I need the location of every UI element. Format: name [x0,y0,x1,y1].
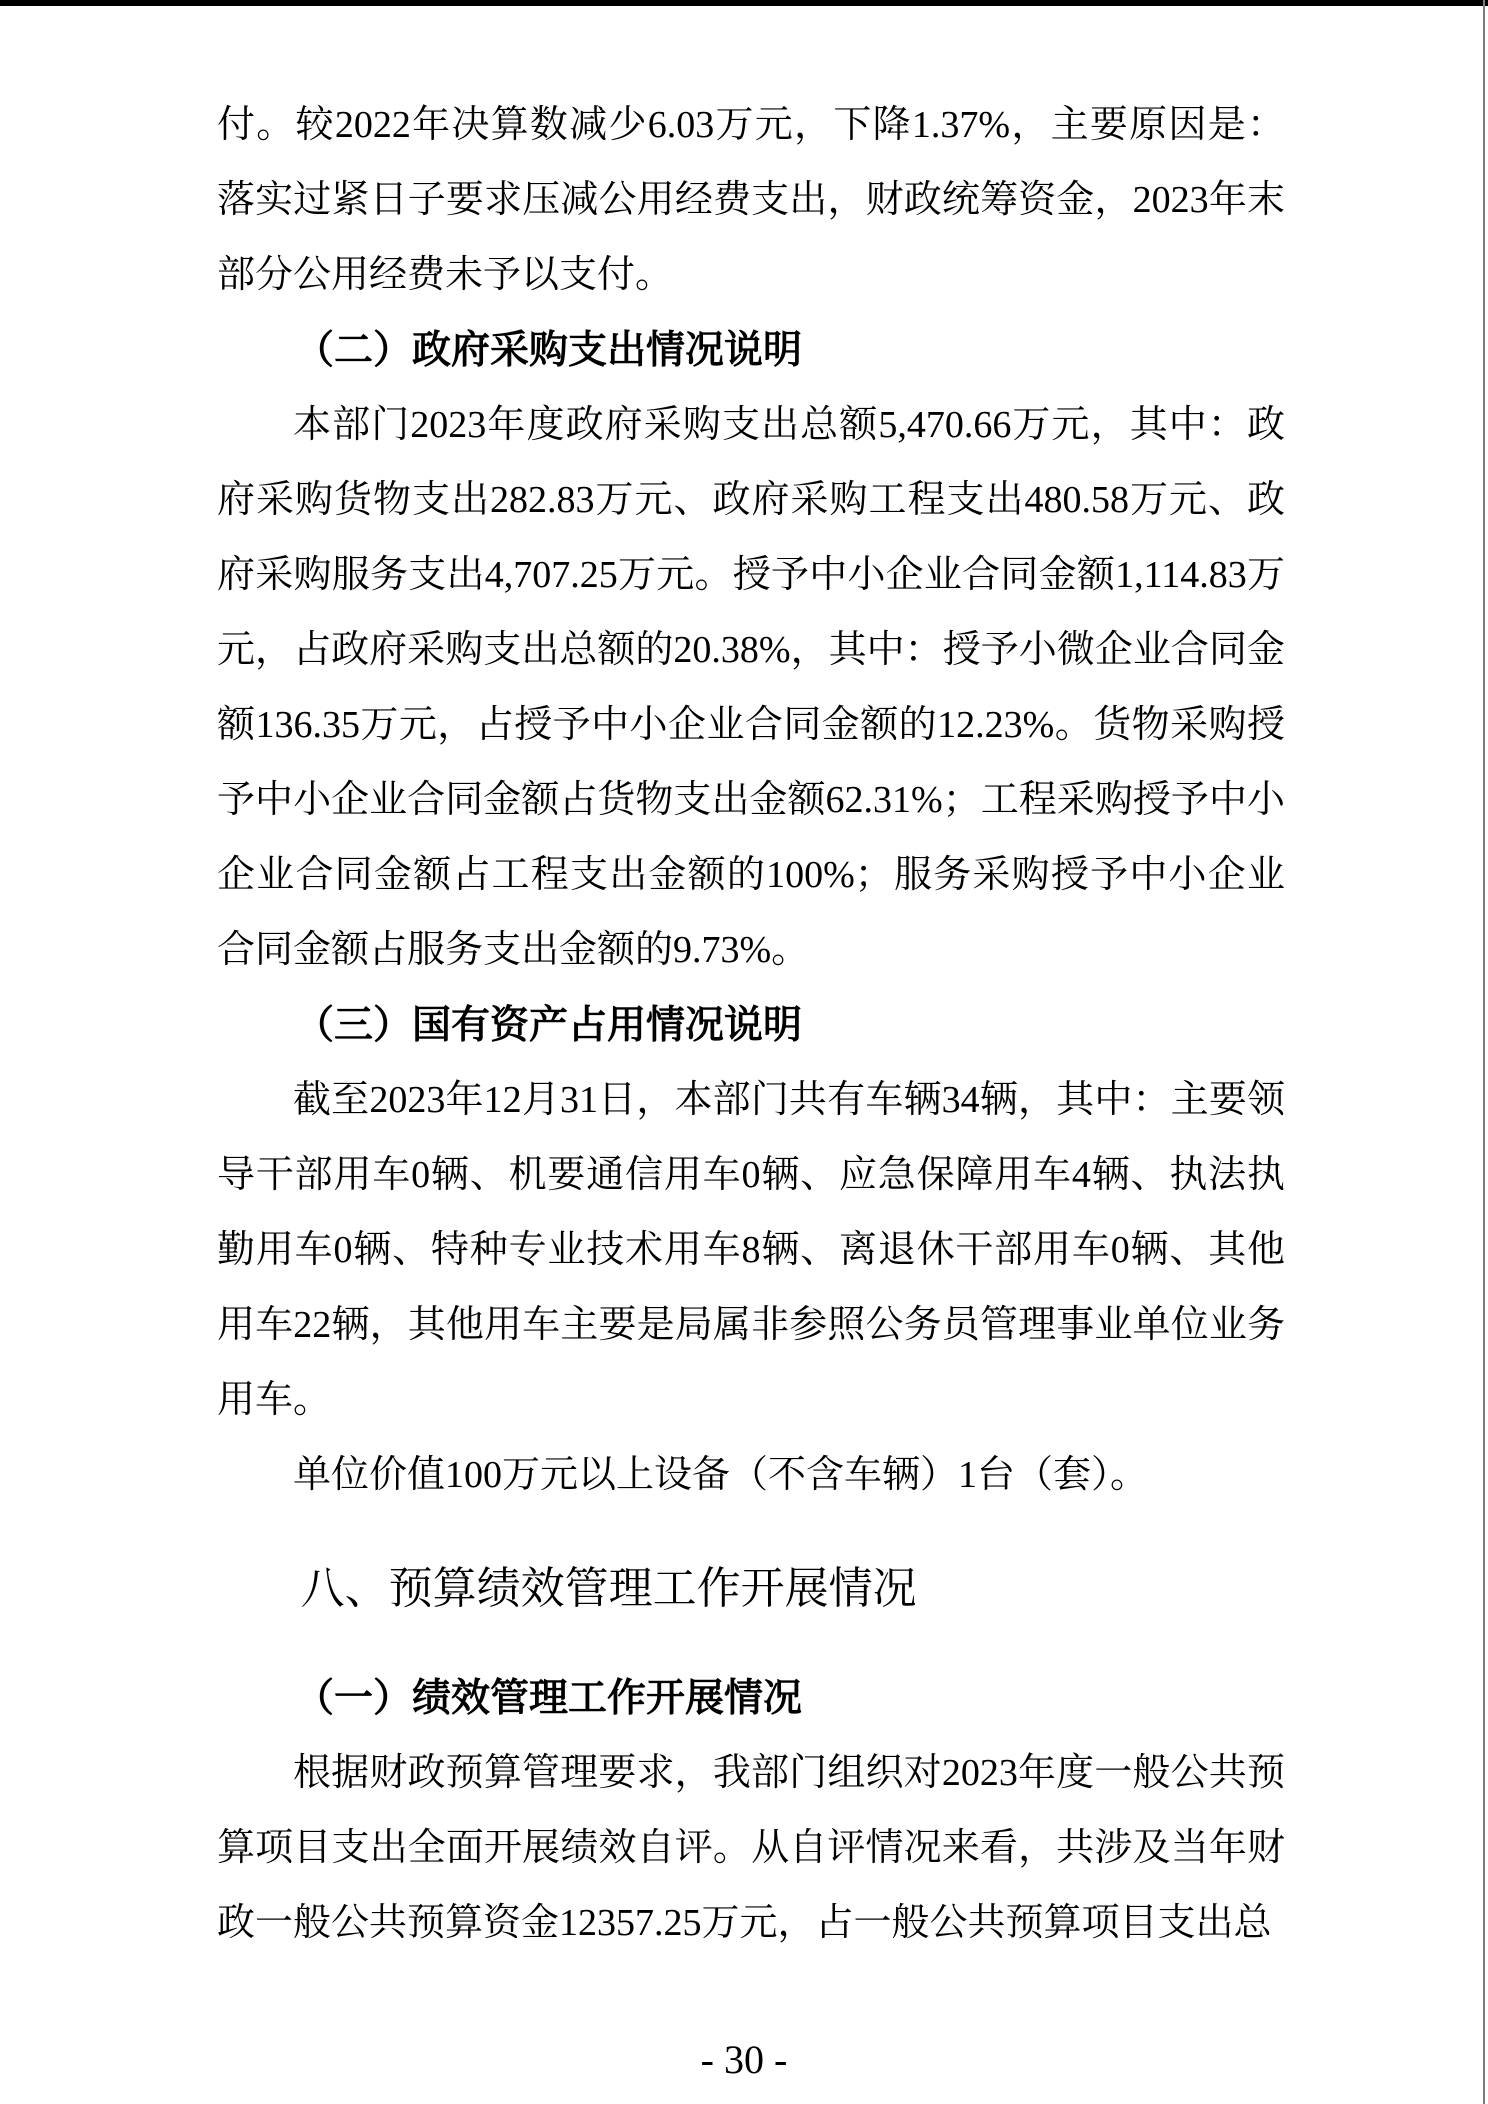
scan-top-edge-bar [0,0,1488,6]
section-heading-3: （三）国有资产占用情况说明 [217,988,1285,1063]
page-footer: - 30 - [0,2040,1488,2080]
paragraph-continuation: 付。较2022年决算数减少6.03万元，下降1.37%，主要原因是：落实过紧日子… [217,88,1285,313]
paragraph-vehicles: 截至2023年12月31日，本部门共有车辆34辆，其中：主要领导干部用车0辆、机… [217,1063,1285,1438]
paragraph-equipment: 单位价值100万元以上设备（不含车辆）1台（套）。 [217,1438,1285,1513]
page-number: - 30 - [701,2037,788,2082]
section-heading-2: （二）政府采购支出情况说明 [217,313,1285,388]
scan-right-edge-line [1483,0,1485,2104]
chapter-heading-8: 八、预算绩效管理工作开展情况 [217,1551,1285,1626]
paragraph-performance: 根据财政预算管理要求，我部门组织对2023年度一般公共预算项目支出全面开展绩效自… [217,1736,1285,1961]
paragraph-procurement: 本部门2023年度政府采购支出总额5,470.66万元，其中：政府采购货物支出2… [217,388,1285,988]
document-body: 付。较2022年决算数减少6.03万元，下降1.37%，主要原因是：落实过紧日子… [217,88,1285,1961]
section-heading-1: （一）绩效管理工作开展情况 [217,1661,1285,1736]
